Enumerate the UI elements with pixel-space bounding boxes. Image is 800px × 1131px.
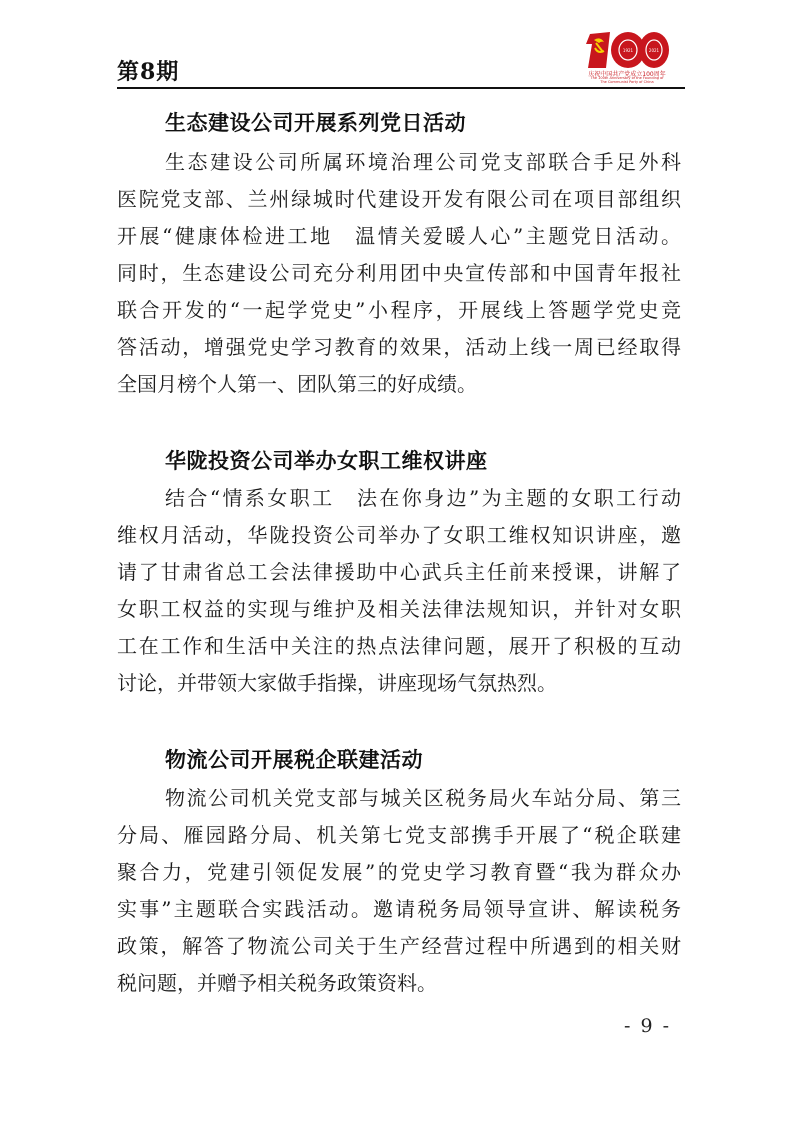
paragraph-line: 全国月榜个人第一、团队第三的好成绩。 [117,372,681,396]
paragraph-line: 聚合力，党建引领促发展”的党史学习教育暨“我为群众办 [117,860,681,884]
paragraph-line: 医院党支部、兰州绿城时代建设开发有限公司在项目部组织 [117,187,681,211]
paragraph-line: 开展“健康体检进工地 温情关爱暖人心”主题党日活动。 [117,224,681,248]
paragraph-line: 生态建设公司所属环境治理公司党支部联合手足外科 [165,150,681,174]
article-title: 华陇投资公司举办女职工维权讲座 [165,445,488,475]
header-divider [117,87,685,89]
paragraph-line: 答活动，增强党史学习教育的效果，活动上线一周已经取得 [117,335,681,359]
issue-label: 第8期 [117,55,179,86]
paragraph-line: 工在工作和生活中关注的热点法律问题，展开了积极的互动 [117,634,681,658]
paragraph-line: 实事”主题联合实践活动。邀请税务局领导宣讲、解读税务 [117,897,681,921]
article-title: 物流公司开展税企联建活动 [165,744,423,774]
document-page: 第8期 1921 2021 庆祝中国共产党成立100周年 The 100th A… [0,0,800,1131]
logo-caption-en: The 100th Anniversary of the Founding of… [584,76,670,84]
paragraph-line: 物流公司机关党支部与城关区税务局火车站分局、第三 [165,786,681,810]
paragraph-line: 联合开发的“一起学党史”小程序，开展线上答题学党史竞 [117,298,681,322]
paragraph-line: 女职工权益的实现与维护及相关法律法规知识，并针对女职 [117,597,681,621]
paragraph-line: 维权月活动，华陇投资公司举办了女职工维权知识讲座，邀 [117,523,681,547]
paragraph-line: 政策，解答了物流公司关于生产经营过程中所遇到的相关财 [117,934,681,958]
article-title: 生态建设公司开展系列党日活动 [165,107,466,137]
paragraph-line: 同时，生态建设公司充分利用团中央宣传部和中国青年报社 [117,261,681,285]
page-number: - 9 - [624,1015,671,1037]
svg-text:1921: 1921 [623,48,634,53]
centenary-logo: 1921 2021 庆祝中国共产党成立100周年 The 100th Anniv… [584,30,670,86]
svg-text:2021: 2021 [649,48,660,53]
paragraph-line: 结合“情系女职工 法在你身边”为主题的女职工行动 [165,486,681,510]
paragraph-line: 分局、雁园路分局、机关第七党支部携手开展了“税企联建 [117,823,681,847]
paragraph-line: 请了甘肃省总工会法律援助中心武兵主任前来授课，讲解了 [117,560,681,584]
paragraph-line: 讨论，并带领大家做手指操，讲座现场气氛热烈。 [117,671,681,695]
paragraph-line: 税问题，并赠予相关税务政策资料。 [117,971,681,995]
party-100-anniversary-icon: 1921 2021 [584,30,670,70]
